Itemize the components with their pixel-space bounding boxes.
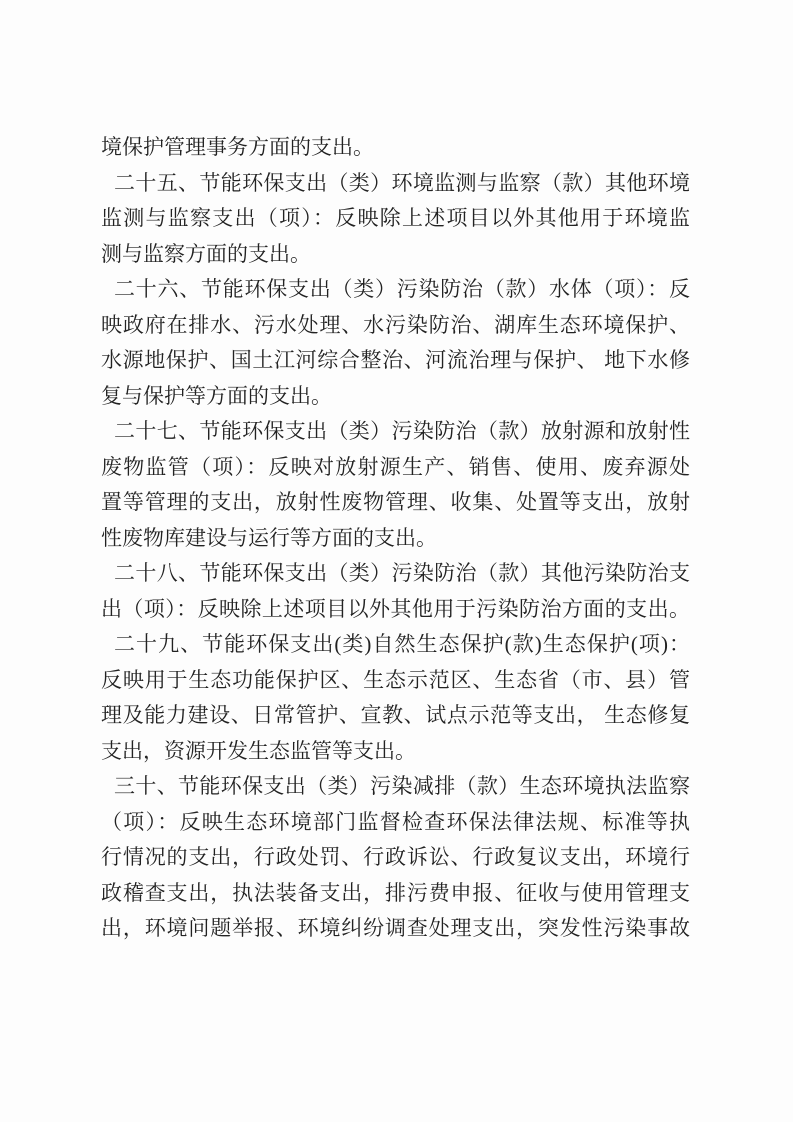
text-line: 性废物库建设与运行等方面的支出。 [101, 521, 690, 557]
text-line: 三十、节能环保支出（类）污染减排（款）生态环境执法监察 [101, 769, 690, 805]
text-line: 监测与监察支出（项）：反映除上述项目以外其他用于环境监 [101, 201, 690, 237]
paragraph-28: 二十八、节能环保支出（类）污染防治（款）其他污染防治支 出（项）：反映除上述项目… [101, 556, 690, 627]
text-line: 二十五、节能环保支出（类）环境监测与监察（款）其他环境 [101, 166, 690, 202]
text-line: 二十八、节能环保支出（类）污染防治（款）其他污染防治支 [101, 556, 690, 592]
document-page: 境保护管理事务方面的支出。 二十五、节能环保支出（类）环境监测与监察（款）其他环… [0, 0, 793, 1122]
paragraph-24-continuation: 境保护管理事务方面的支出。 [101, 130, 690, 166]
text-line: 理及能力建设、日常管护、宣教、试点示范等支出， 生态修复 [101, 698, 690, 734]
text-line: 出，环境问题举报、环境纠纷调查处理支出，突发性污染事故 [101, 911, 690, 947]
text-line: 水源地保护、国土江河综合整治、河流治理与保护、 地下水修 [101, 343, 690, 379]
text-line: 政稽查支出，执法装备支出，排污费申报、征收与使用管理支 [101, 876, 690, 912]
text-line: （项）：反映生态环境部门监督检查环保法律法规、标准等执 [101, 805, 690, 841]
paragraph-27: 二十七、节能环保支出（类）污染防治（款）放射源和放射性 废物监管（项）：反映对放… [101, 414, 690, 556]
text-line: 二十九、节能环保支出(类)自然生态保护(款)生态保护(项)： [101, 627, 690, 663]
text-line: 二十七、节能环保支出（类）污染防治（款）放射源和放射性 [101, 414, 690, 450]
text-line: 反映用于生态功能保护区、生态示范区、生态省（市、县）管 [101, 663, 690, 699]
text-line: 废物监管（项）：反映对放射源生产、销售、使用、废弃源处 [101, 450, 690, 486]
text-line: 二十六、节能环保支出（类）污染防治（款）水体（项）：反 [101, 272, 690, 308]
text-line: 映政府在排水、污水处理、水污染防治、湖库生态环境保护、 [101, 308, 690, 344]
text-block: 境保护管理事务方面的支出。 二十五、节能环保支出（类）环境监测与监察（款）其他环… [101, 130, 690, 947]
text-line: 行情况的支出，行政处罚、行政诉讼、行政复议支出，环境行 [101, 840, 690, 876]
text-line: 出（项）：反映除上述项目以外其他用于污染防治方面的支出。 [101, 592, 690, 628]
text-line: 复与保护等方面的支出。 [101, 379, 690, 415]
paragraph-30: 三十、节能环保支出（类）污染减排（款）生态环境执法监察 （项）：反映生态环境部门… [101, 769, 690, 947]
text-line: 置等管理的支出，放射性废物管理、收集、处置等支出，放射 [101, 485, 690, 521]
paragraph-25: 二十五、节能环保支出（类）环境监测与监察（款）其他环境 监测与监察支出（项）：反… [101, 166, 690, 273]
text-line: 境保护管理事务方面的支出。 [101, 130, 690, 166]
paragraph-26: 二十六、节能环保支出（类）污染防治（款）水体（项）：反 映政府在排水、污水处理、… [101, 272, 690, 414]
text-line: 测与监察方面的支出。 [101, 237, 690, 273]
paragraph-29: 二十九、节能环保支出(类)自然生态保护(款)生态保护(项)： 反映用于生态功能保… [101, 627, 690, 769]
text-line: 支出，资源开发生态监管等支出。 [101, 734, 690, 770]
